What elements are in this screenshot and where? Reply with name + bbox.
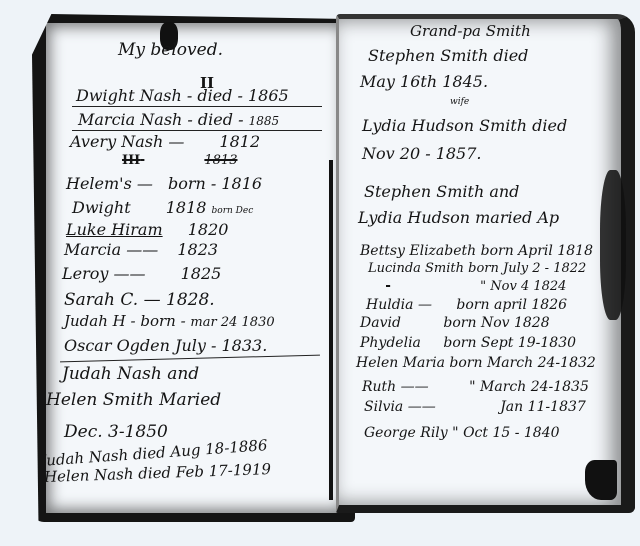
ink-blot	[585, 460, 617, 500]
left-marriage-date: Dec. 3-1850	[64, 424, 168, 441]
left-entry: Avery Nash — 1812	[70, 134, 260, 150]
left-entry: Helem's — born - 1816	[66, 176, 262, 192]
right-child: Helen Maria born March 24-1832	[356, 356, 596, 370]
right-death-line: Stephen Smith died	[368, 48, 528, 64]
left-entry-crossed: III 1813	[72, 154, 252, 167]
left-marriage-line2: Helen Smith Maried	[46, 392, 221, 409]
right-child: Phydelia born Sept 19-1830	[360, 336, 576, 350]
left-entry: Marcia Nash - died - 1885	[78, 112, 279, 128]
divider-line	[72, 106, 322, 107]
left-heading: My beloved.	[118, 42, 223, 59]
right-death-line: Nov 20 - 1857.	[362, 146, 482, 162]
page-spine	[329, 160, 333, 500]
right-marriage-line2: Lydia Hudson maried Ap	[358, 210, 559, 226]
ink-blot	[600, 170, 626, 320]
left-entry: Dwight 1818 born Dec	[72, 200, 253, 216]
right-child: Lucinda Smith born July 2 - 1822	[368, 262, 586, 275]
left-entry: Judah H - born - mar 24 1830	[64, 314, 275, 329]
divider-line	[72, 130, 322, 131]
left-entry: Luke Hiram 1820	[66, 222, 228, 238]
right-death-line: wife	[450, 98, 469, 107]
right-child: Silvia —— Jan 11-1837	[364, 400, 586, 414]
left-entry: Marcia —— 1823	[64, 242, 218, 258]
right-death-line: May 16th 1845.	[360, 74, 488, 90]
right-death-line: Lydia Hudson Smith died	[362, 118, 567, 134]
right-child: Ruth —— " March 24-1835	[362, 380, 589, 394]
right-marriage-line1: Stephen Smith and	[364, 184, 519, 200]
left-entry: Leroy —— 1825	[62, 266, 221, 282]
right-child: Huldia — born april 1826	[366, 298, 567, 312]
left-entry: Sarah C. — 1828.	[64, 292, 215, 309]
right-child-crossed: " Nov 4 1824	[386, 280, 566, 293]
left-entry: Dwight Nash - died - 1865	[76, 88, 289, 104]
left-marriage-line1: Judah Nash and	[62, 366, 199, 383]
right-child: Bettsy Elizabeth born April 1818	[360, 244, 593, 258]
right-heading: Grand-pa Smith	[410, 24, 531, 39]
left-entry: Oscar Ogden July - 1833.	[64, 338, 267, 354]
right-child: George Rily " Oct 15 - 1840	[364, 426, 560, 440]
right-child: David born Nov 1828	[360, 316, 550, 330]
